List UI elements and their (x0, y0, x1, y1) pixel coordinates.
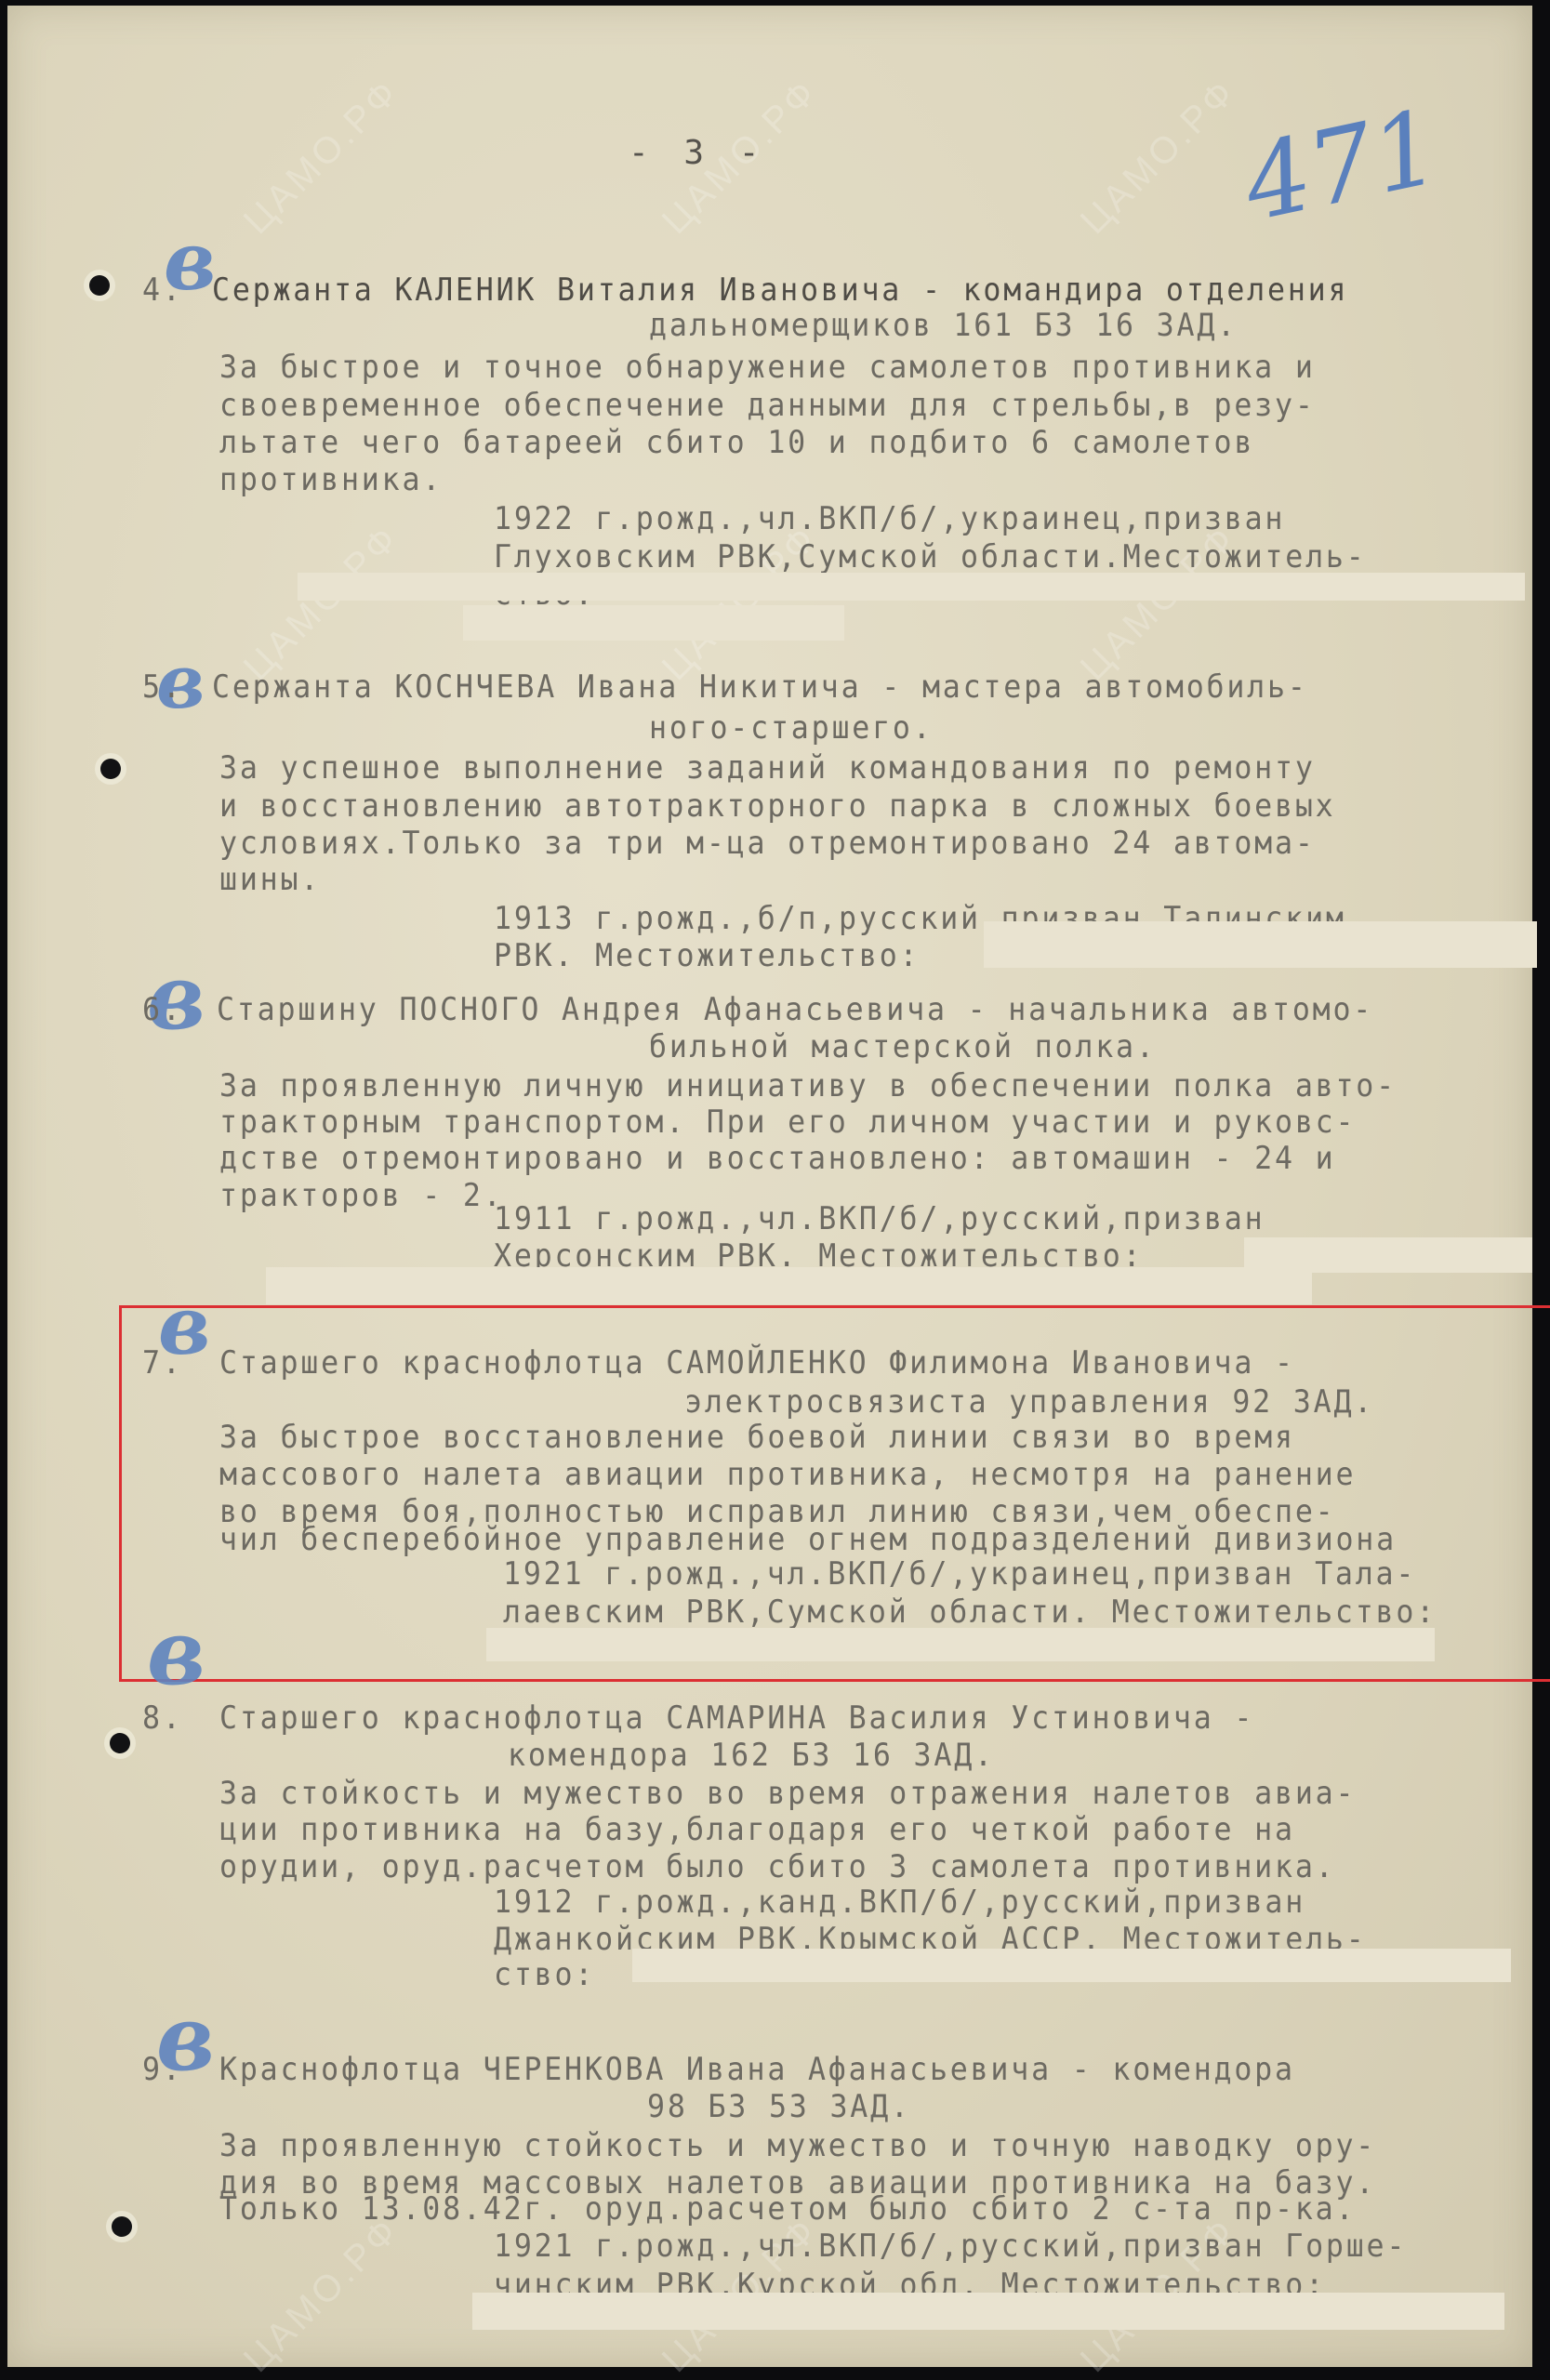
punch-hole (89, 275, 110, 296)
watermark: ЦАМО.РФ (236, 517, 408, 689)
entry-number: 8. (142, 1699, 183, 1737)
entry-7-heading-cont: электросвязиста управления 92 ЗАД. (684, 1383, 1374, 1421)
archival-document-page: ЦАМО.РФ ЦАМО.РФ ЦАМО.РФ ЦАМО.РФ ЦАМО.РФ … (7, 6, 1532, 2367)
entry-number: 9. (142, 2051, 183, 2088)
entry-8-heading-cont: комендора 162 БЗ 16 ЗАД. (508, 1737, 995, 1774)
entry-6-heading-cont: бильной мастерской полка. (649, 1028, 1157, 1065)
entry-4-heading: Сержанта КАЛЕНИК Виталия Ивановича - ком… (212, 271, 1348, 309)
entry-5-text: За успешное выполнение заданий командова… (219, 749, 1316, 787)
entry-8-heading: Старшего краснофлотца САМАРИНА Василия У… (219, 1699, 1254, 1737)
redaction (984, 921, 1537, 968)
entry-5-bio: РВК. Местожительство: (494, 937, 920, 974)
entry-6-heading: Старшину ПОСНОГО Андрея Афанасьевича - н… (217, 991, 1373, 1028)
entry-number: 5. (142, 668, 183, 706)
entry-5-text: и восстановлению автотракторного парка в… (219, 787, 1335, 825)
entry-5-heading: Сержанта КОСНЧЕВА Ивана Никитича - масте… (212, 668, 1308, 706)
entry-number: 4. (142, 271, 183, 309)
entry-6-text: За проявленную личную инициативу в обесп… (219, 1067, 1397, 1104)
entry-5-text: шины. (219, 861, 321, 898)
entry-4-text: своевременное обеспечение данными для ст… (219, 387, 1316, 424)
redaction (266, 1267, 1312, 1304)
entry-8-text: ции противника на базу,благодаря его чет… (219, 1811, 1295, 1848)
entry-6-text: тракторов - 2. (219, 1177, 504, 1214)
page-number: - 3 - (629, 134, 766, 172)
entry-9-bio: 1921 г.рожд.,чл.ВКП/б/,русский,призван Г… (494, 2228, 1407, 2265)
redaction (298, 573, 1525, 601)
entry-7-text: чил бесперебойное управление огнем подра… (219, 1521, 1397, 1558)
redaction (632, 1949, 1511, 1982)
entry-7-heading: Старшего краснофлотца САМОЙЛЕНКО Филимон… (219, 1344, 1295, 1382)
punch-hole (100, 759, 121, 779)
redaction (463, 605, 844, 641)
redaction (486, 1628, 1435, 1661)
entry-7-bio: лаевским РВК,Сумской области. Местожител… (503, 1593, 1437, 1631)
entry-6-text: дстве отремонтировано и восстановлено: а… (219, 1140, 1335, 1177)
entry-9-heading: Краснофлотца ЧЕРЕНКОВА Ивана Афанасьевич… (219, 2051, 1295, 2088)
entry-9-text: За проявленную стойкость и мужество и то… (219, 2127, 1376, 2164)
entry-9-text: Только 13.08.42г. оруд.расчетом было сби… (219, 2190, 1356, 2228)
entry-number: 7. (142, 1344, 183, 1382)
handwritten-sheet-number: 471 (1234, 87, 1450, 245)
punch-hole (112, 2216, 132, 2237)
entry-4-text: противника. (219, 461, 443, 498)
entry-4-text: льтате чего батареей сбито 10 и подбито … (219, 424, 1254, 461)
entry-7-text: За быстрое восстановление боевой линии с… (219, 1419, 1295, 1456)
entry-4-heading-cont: дальномерщиков 161 БЗ 16 ЗАД. (649, 307, 1238, 344)
watermark: ЦАМО.РФ (236, 71, 408, 243)
watermark: ЦАМО.РФ (236, 2209, 408, 2380)
entry-8-text: орудии, оруд.расчетом было сбито 3 самол… (219, 1848, 1335, 1885)
entry-7-bio: 1921 г.рожд.,чл.ВКП/б/,украинец,призван … (503, 1555, 1416, 1593)
entry-9-heading-cont: 98 БЗ 53 ЗАД. (647, 2088, 911, 2125)
handwritten-mark: в (147, 1600, 205, 1705)
punch-hole (110, 1733, 130, 1753)
entry-8-bio: ство: (494, 1956, 595, 1993)
entry-6-text: тракторным транспортом. При его личном у… (219, 1104, 1356, 1141)
entry-4-text: За быстрое и точное обнаружение самолето… (219, 349, 1316, 386)
watermark: ЦАМО.РФ (1073, 71, 1245, 243)
entry-5-heading-cont: ного-старшего. (649, 709, 934, 747)
redaction (472, 2293, 1504, 2330)
entry-6-bio: 1911 г.рожд.,чл.ВКП/б/,русский,призван (494, 1200, 1265, 1237)
entry-number: 6. (142, 991, 183, 1028)
entry-8-text: За стойкость и мужество во время отражен… (219, 1775, 1356, 1812)
entry-4-bio: 1922 г.рожд.,чл.ВКП/б/,украинец,призван (494, 500, 1285, 537)
entry-5-text: условиях.Только за три м-ца отремонтиров… (219, 825, 1316, 862)
entry-4-bio: Глуховским РВК,Сумской области.Местожите… (494, 538, 1367, 575)
entry-8-bio: 1912 г.рожд.,канд.ВКП/б/,русский,призван (494, 1884, 1305, 1921)
entry-7-text: массового налета авиации противника, нес… (219, 1456, 1356, 1493)
